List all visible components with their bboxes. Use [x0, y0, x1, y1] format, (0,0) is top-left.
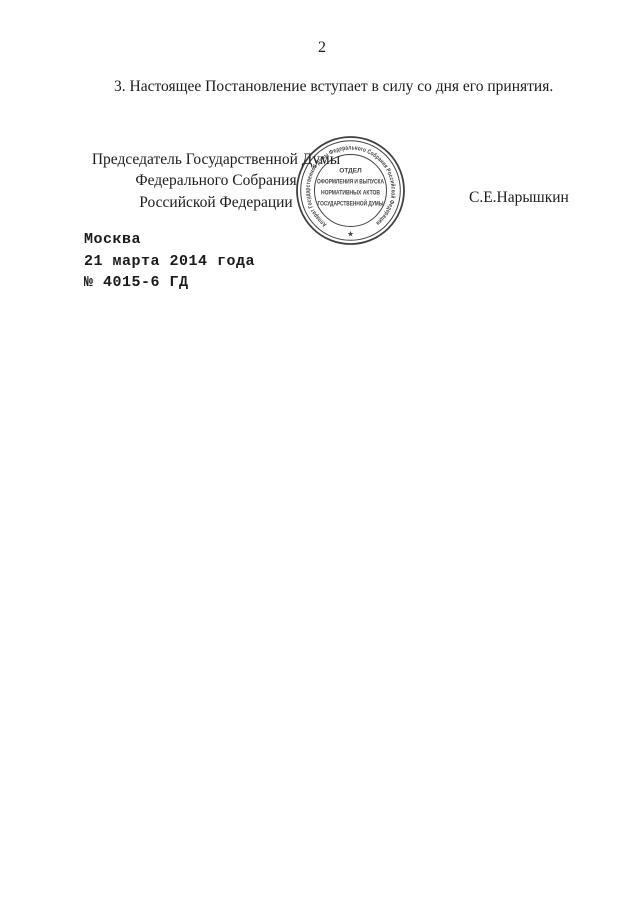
stamp-center-line-2: ОФОРМЛЕНИЯ И ВЫПУСКА [317, 179, 384, 186]
stamp-center-line-1: ОТДЕЛ [339, 168, 362, 175]
stamp-star-icon: ★ [348, 230, 355, 238]
stamp-center-line-3: НОРМАТИВНЫХ АКТОВ [321, 190, 380, 197]
signer-name: С.Е.Нарышкин [469, 189, 569, 207]
city-label: Москва [84, 229, 255, 251]
footer-date-block: Москва 21 марта 2014 года № 4015-6 ГД [84, 229, 255, 294]
stamp-center-line-4: ГОСУДАРСТВЕННОЙ ДУМЫ [318, 199, 384, 208]
document-number-label: № 4015-6 ГД [84, 272, 255, 294]
date-label: 21 марта 2014 года [84, 251, 255, 273]
document-page: { "page": { "number": "2", "paragraph": … [0, 0, 640, 905]
page-number: 2 [0, 39, 640, 56]
stamp-ring-text: Аппарат Государственной Думы Федеральног… [304, 144, 396, 228]
body-paragraph: 3. Настоящее Постановление вступает в си… [84, 78, 584, 96]
official-round-stamp: Аппарат Государственной Думы Федеральног… [280, 120, 421, 261]
